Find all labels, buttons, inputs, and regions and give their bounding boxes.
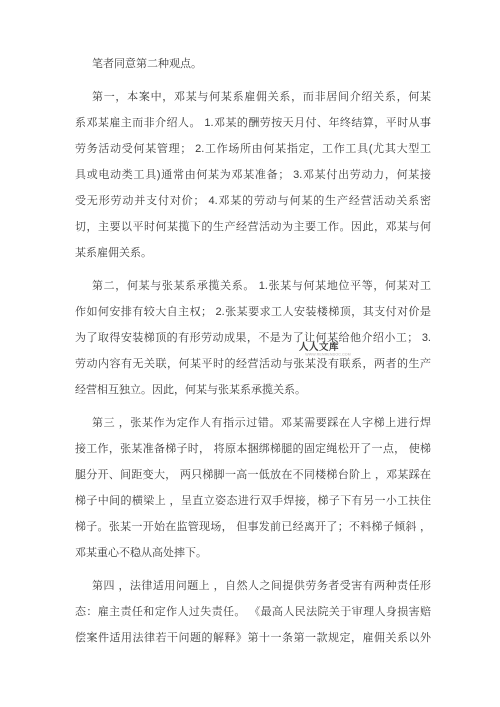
text-line: 受无形劳动并支付对价； 4.邓某的劳动与何某的生产经营活动关系密: [75, 188, 431, 214]
text-line: 劳动内容有无关联，何某平时的经营活动与张某没有联系，两者的生产: [75, 351, 431, 377]
text-line: 具或电动类工具)通常由何某为邓某准备； 3.邓某付出劳动力，何某接: [75, 162, 431, 188]
text-line: 第二，何某与张某系承揽关系。 1.张某与何某地位平等，何某对工: [75, 273, 431, 299]
text-line: 某系雇佣关系。: [75, 240, 431, 266]
text-line: 邓某重心不稳从高处摔下。: [75, 540, 431, 566]
text-line: 第三 ，张某作为定作人有指示过错。邓某需要踩在人字梯上进行焊: [75, 410, 431, 436]
text-line: 梯子。张某一开始在监管现场， 但事发前已经离开了；不料梯子倾斜 ，: [75, 514, 431, 540]
text-line: 态：雇主责任和定作人过失责任。 《最高人民法院关于审理人身损害赔: [75, 599, 431, 625]
text-line: 笔者同意第二种观点。: [75, 51, 431, 77]
text-line: 第一，本案中，邓某与何某系雇佣关系，而非居间介绍关系，何某: [75, 84, 431, 110]
text-line: 接工作，张某准备梯子时， 将原本捆绑梯腿的固定绳松开了一点， 使梯: [75, 436, 431, 462]
paragraph: 笔者同意第二种观点。: [75, 51, 431, 77]
text-line: 第四 ，法律适用问题上 ，自然人之间提供劳务者受害有两种责任形: [75, 573, 431, 599]
text-line: 梯子中间的横梁上 ，呈直立姿态进行双手焊接，梯子下有另一小工扶住: [75, 488, 431, 514]
text-line: 劳务活动受何某管理； 2.工作场所由何某指定，工作工具(尤其大型工: [75, 136, 431, 162]
paragraph: 第一，本案中，邓某与何某系雇佣关系，而非居间介绍关系，何某系邓某雇主而非介绍人。…: [75, 84, 431, 266]
document-page: 笔者同意第二种观点。第一，本案中，邓某与何某系雇佣关系，而非居间介绍关系，何某系…: [0, 0, 500, 707]
text-line: 腿分开、间距变大， 两只梯脚一高一低放在不同楼梯台阶上 ，邓某踩在: [75, 462, 431, 488]
paragraph: 第二，何某与张某系承揽关系。 1.张某与何某地位平等，何某对工作如何安排有较大自…: [75, 273, 431, 403]
document-body: 笔者同意第二种观点。第一，本案中，邓某与何某系雇佣关系，而非居间介绍关系，何某系…: [75, 51, 431, 651]
paragraph: 第四 ，法律适用问题上 ，自然人之间提供劳务者受害有两种责任形态：雇主责任和定作…: [75, 573, 431, 651]
text-line: 切，主要以平时何某揽下的生产经营活动为主要工作。因此，邓某与何: [75, 214, 431, 240]
text-line: 为了取得安装梯顶的有形劳动成果，不是为了让何某给他介绍小工； 3.: [75, 325, 431, 351]
text-line: 经营相互独立。因此，何某与张某系承揽关系。: [75, 377, 431, 403]
text-line: 系邓某雇主而非介绍人。 1.邓某的酬劳按天月付、年终结算，平时从事: [75, 110, 431, 136]
text-line: 偿案件适用法律若干问题的解释》第十一条第一款规定，雇佣关系以外: [75, 625, 431, 651]
text-line: 作如何安排有较大自主权； 2.张某要求工人安装楼梯顶，其支付对价是: [75, 299, 431, 325]
paragraph: 第三 ，张某作为定作人有指示过错。邓某需要踩在人字梯上进行焊接工作，张某准备梯子…: [75, 410, 431, 566]
